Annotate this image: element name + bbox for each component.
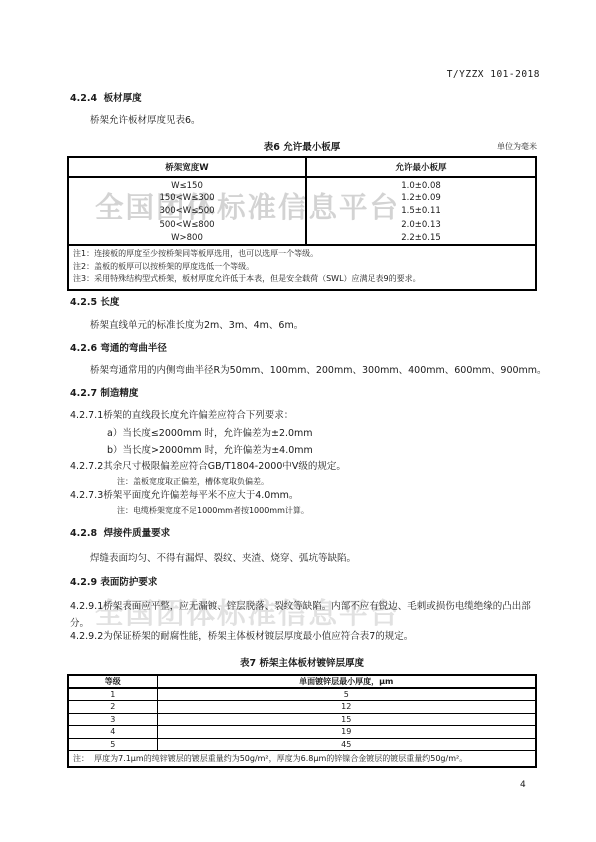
table6-col-header-width: 桥架宽度W bbox=[68, 157, 306, 177]
table6-cell-min: 1.2±0.09 bbox=[306, 191, 536, 205]
table7-cell-value: 15 bbox=[157, 713, 536, 726]
table6-row: W>800 2.2±0.15 bbox=[68, 232, 536, 246]
section-heading-4-2-4: 4.2.4 板材厚度 bbox=[70, 92, 142, 105]
paragraph-4-2-7-1: 4.2.7.1桥架的直线段长度允许偏差应符合下列要求： bbox=[70, 409, 293, 422]
section-heading-4-2-6: 4.2.6 弯通的弯曲半径 bbox=[70, 342, 167, 355]
table6-cell-width: 300<W≤500 bbox=[68, 205, 306, 219]
table6-cell-min: 1.0±0.08 bbox=[306, 177, 536, 191]
table6-note-3: 注3：采用特殊结构型式桥架，板材厚度允许低于本表，但是安全载荷（SWL）应满足表… bbox=[73, 273, 531, 286]
table7-note-row: 注： 厚度为7.1μm的纯锌镀层的镀层重量约为50g/m²，厚度为6.8μm的锌… bbox=[68, 751, 536, 768]
section-heading-4-2-7: 4.2.7 制造精度 bbox=[70, 387, 138, 400]
table6-cell-min: 1.5±0.11 bbox=[306, 205, 536, 219]
table7-cell-value: 12 bbox=[157, 701, 536, 714]
table7-cell-grade: 1 bbox=[68, 688, 157, 701]
table7-row: 2 12 bbox=[68, 701, 536, 714]
section-heading-4-2-9: 4.2.9 表面防护要求 bbox=[70, 576, 157, 589]
table7-row: 5 45 bbox=[68, 738, 536, 751]
paragraph-4-2-7-3: 4.2.7.3桥架平面度允许偏差每平米不应大于4.0mm。 bbox=[70, 489, 298, 502]
table6-row: 300<W≤500 1.5±0.11 bbox=[68, 205, 536, 219]
section-heading-4-2-5: 4.2.5 长度 bbox=[70, 296, 119, 309]
table6-col-header-min: 允许最小板厚 bbox=[306, 157, 536, 177]
table6-note-2: 注2：盖板的板厚可以按桥架的厚度选低一个等级。 bbox=[73, 261, 531, 274]
table7-col-header-thickness: 单面镀锌层最小厚度，μm bbox=[157, 675, 536, 688]
table6-header-row: 桥架宽度W 允许最小板厚 bbox=[68, 157, 536, 177]
table-7: 等级 单面镀锌层最小厚度，μm 1 5 2 12 3 15 4 bbox=[67, 674, 537, 768]
table6-notes-row: 注1：连接板的厚度至少按桥架同等板厚选用，也可以选厚一个等级。 注2：盖板的板厚… bbox=[68, 245, 536, 290]
paragraph-4-2-7-2: 4.2.7.2其余尺寸极限偏差应符合GB/T1804-2000中V级的规定。 bbox=[70, 460, 346, 473]
table7-row: 1 5 bbox=[68, 688, 536, 701]
table7-cell-value: 45 bbox=[157, 738, 536, 751]
paragraph-4-2-6: 桥架弯通常用的内侧弯曲半径R为50mm、100mm、200mm、300mm、40… bbox=[90, 364, 547, 377]
table7-cell-value: 5 bbox=[157, 688, 536, 701]
table7-row: 3 15 bbox=[68, 713, 536, 726]
paragraph-4-2-4: 桥架允许板材厚度见表6。 bbox=[90, 114, 201, 127]
table6-cell-width: 150<W≤300 bbox=[68, 191, 306, 205]
table6-unit-label: 单位为毫米 bbox=[497, 141, 537, 152]
table7-header-row: 等级 单面镀锌层最小厚度，μm bbox=[68, 675, 536, 688]
section-heading-4-2-8: 4.2.8 焊接件质量要求 bbox=[70, 527, 170, 540]
table7-cell-grade: 4 bbox=[68, 726, 157, 739]
table-6: 桥架宽度W 允许最小板厚 W≤150 1.0±0.08 150<W≤300 1.… bbox=[67, 156, 537, 291]
paragraph-4-2-9-2: 4.2.9.2为保证桥架的耐腐性能，桥架主体板材镀层厚度最小值应符合表7的规定。 bbox=[70, 630, 413, 643]
page-number: 4 bbox=[520, 780, 526, 790]
list-item-b: b）当长度>2000mm 时，允许偏差为±4.0mm bbox=[107, 444, 313, 457]
table7-row: 4 19 bbox=[68, 726, 536, 739]
table7-cell-grade: 5 bbox=[68, 738, 157, 751]
list-item-a: a）当长度≤2000mm 时，允许偏差为±2.0mm bbox=[107, 427, 313, 440]
paragraph-4-2-8: 焊缝表面均匀、不得有漏焊、裂纹、夹渣、烧穿、弧坑等缺陷。 bbox=[90, 552, 356, 565]
note-4-2-7-2: 注：盖板宽度取正偏差，槽体宽取负偏差。 bbox=[117, 475, 269, 488]
table6-cell-width: 500<W≤800 bbox=[68, 218, 306, 232]
table6-row: 150<W≤300 1.2±0.09 bbox=[68, 191, 536, 205]
table6-cell-width: W>800 bbox=[68, 232, 306, 246]
table6-note-1: 注1：连接板的厚度至少按桥架同等板厚选用，也可以选厚一个等级。 bbox=[73, 248, 531, 261]
table6-cell-width: W≤150 bbox=[68, 177, 306, 191]
table7-caption: 表7 桥架主体板材镀锌层厚度 bbox=[67, 655, 537, 669]
table6-row: W≤150 1.0±0.08 bbox=[68, 177, 536, 191]
table6-cell-min: 2.0±0.13 bbox=[306, 218, 536, 232]
table6-row: 500<W≤800 2.0±0.13 bbox=[68, 218, 536, 232]
table7-cell-value: 19 bbox=[157, 726, 536, 739]
table7-note: 注： 厚度为7.1μm的纯锌镀层的镀层重量约为50g/m²，厚度为6.8μm的锌… bbox=[68, 751, 536, 768]
paragraph-4-2-5: 桥架直线单元的标准长度为2m、3m、4m、6m。 bbox=[90, 319, 303, 332]
doc-number: T/YZZX 101-2018 bbox=[447, 69, 540, 80]
paragraph-4-2-9-1: 4.2.9.1桥架表面应平整，应无漏镀、锌层脱落、裂纹等缺陷。内部不应有锐边、毛… bbox=[70, 599, 540, 632]
table6-caption: 表6 允许最小板厚 bbox=[67, 139, 537, 153]
table7-cell-grade: 3 bbox=[68, 713, 157, 726]
table7-cell-grade: 2 bbox=[68, 701, 157, 714]
document-page: 全国团体标准信息平台 全国团体标准信息平台 T/YZZX 101-2018 4.… bbox=[0, 0, 596, 842]
table6-cell-min: 2.2±0.15 bbox=[306, 232, 536, 246]
note-4-2-7-3: 注：电缆桥架宽度不足1000mm者按1000mm计算。 bbox=[117, 504, 309, 517]
table7-col-header-grade: 等级 bbox=[68, 675, 157, 688]
